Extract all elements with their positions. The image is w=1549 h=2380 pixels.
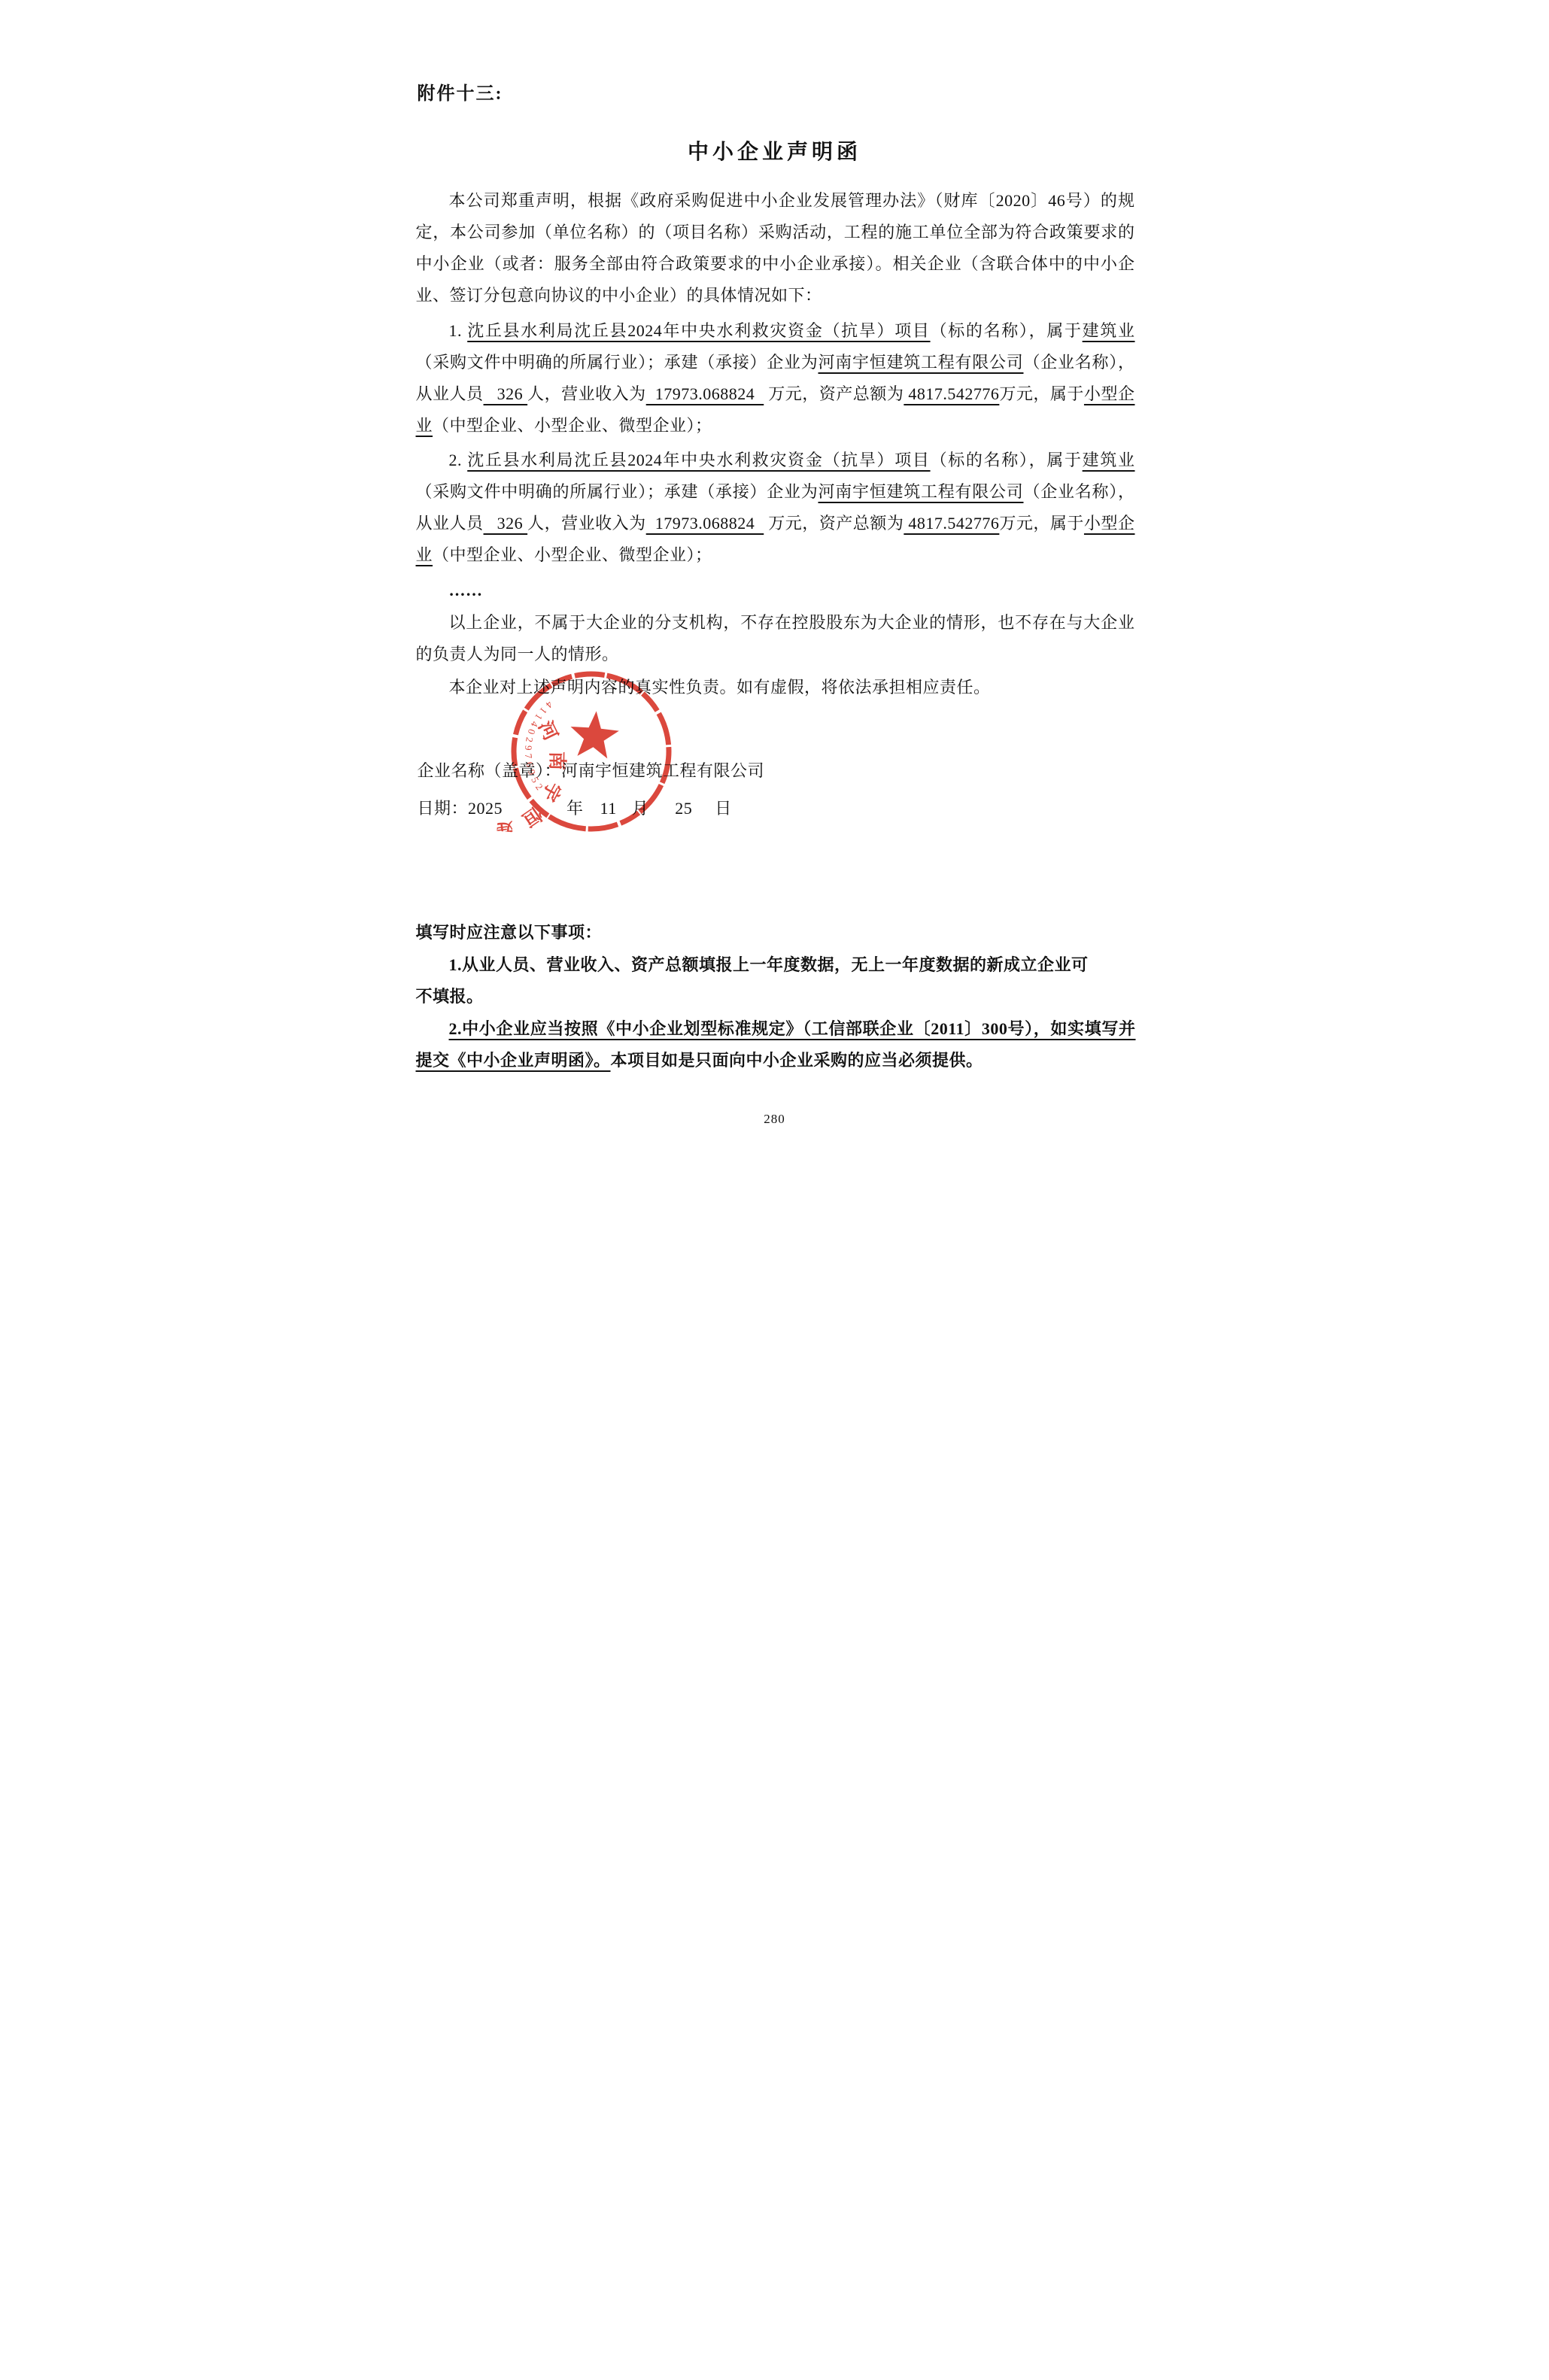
item2-text: （标的名称），属于 — [931, 451, 1083, 469]
item1-text: （采购文件中明确的所属行业）；承建（承接）企业为 — [416, 353, 819, 372]
notes-header: 填写时应注意以下事项： — [416, 917, 1136, 949]
item2-text: （采购文件中明确的所属行业）；承建（承接）企业为 — [416, 482, 819, 501]
note-1: 1.从业人员、营业收入、资产总额填报上一年度数据，无上一年度数据的新成立企业可不… — [416, 949, 1136, 1013]
declaration-item-1: 1. 沈丘县水利局沈丘县2024年中央水利救灾资金（抗旱）项目（标的名称），属于… — [416, 315, 1135, 442]
item1-text: （中型企业、小型企业、微型企业）； — [433, 416, 712, 435]
filling-notes: 填写时应注意以下事项： 1.从业人员、营业收入、资产总额填报上一年度数据，无上一… — [416, 917, 1136, 1077]
page-number: 280 — [387, 1112, 1162, 1127]
document-body: 本公司郑重声明，根据《政府采购促进中小企业发展管理办法》（财库〔2020〕46号… — [416, 185, 1135, 703]
company-seal: 河南宇恒建筑工程有限公司 411402976952 — [497, 657, 685, 845]
item1-industry: 建筑业 — [1083, 321, 1135, 340]
item2-industry: 建筑业 — [1083, 451, 1135, 469]
note1-line2: 不填报。 — [416, 987, 484, 1006]
item1-employees-value: 326 — [484, 384, 528, 403]
attachment-label: 附件十三: — [418, 78, 503, 105]
item1-assets-value: 4817.542776 — [904, 384, 999, 403]
note1-line1: 1.从业人员、营业收入、资产总额填报上一年度数据，无上一年度数据的新成立企业可 — [449, 955, 1089, 974]
item1-revenue-value: 17973.068824 — [646, 384, 764, 403]
note2-rest: 本项目如是只面向中小企业采购的应当必须提供。 — [611, 1051, 983, 1070]
seal-star-icon — [568, 709, 621, 760]
item1-text: 万元，属于 — [999, 384, 1084, 403]
intro-text: 本公司郑重声明，根据《政府采购促进中小企业发展管理办法》（财库〔2020〕46号… — [416, 191, 1135, 305]
item1-company-name: 河南宇恒建筑工程有限公司 — [818, 353, 1023, 372]
document-page: 附件十三: 中小企业声明函 本公司郑重声明，根据《政府采购促进中小企业发展管理办… — [387, 0, 1162, 1190]
item2-revenue-value: 17973.068824 — [646, 514, 764, 533]
item1-text: 万元，资产总额为 — [764, 384, 904, 403]
intro-paragraph: 本公司郑重声明，根据《政府采购促进中小企业发展管理办法》（财库〔2020〕46号… — [416, 185, 1135, 311]
page-title: 中小企业声明函 — [387, 135, 1162, 165]
item2-text: 万元，属于 — [999, 514, 1084, 533]
date-day: 25 — [675, 799, 692, 818]
item2-number: 2. — [449, 451, 468, 469]
item1-text: 人，营业收入为 — [527, 384, 646, 403]
declaration-item-2: 2. 沈丘县水利局沈丘县2024年中央水利救灾资金（抗旱）项目（标的名称），属于… — [416, 445, 1135, 571]
item1-number: 1. — [449, 321, 468, 340]
item1-text: （标的名称），属于 — [931, 321, 1083, 340]
item2-text: 万元，资产总额为 — [764, 514, 904, 533]
item2-project-name: 沈丘县水利局沈丘县2024年中央水利救灾资金（抗旱）项目 — [467, 451, 930, 469]
item2-company-name: 河南宇恒建筑工程有限公司 — [818, 482, 1023, 501]
item2-text: 人，营业收入为 — [527, 514, 646, 533]
item2-text: （中型企业、小型企业、微型企业）； — [433, 545, 712, 564]
item1-project-name: 沈丘县水利局沈丘县2024年中央水利救灾资金（抗旱）项目 — [467, 321, 930, 340]
date-day-unit: 日 — [715, 799, 732, 818]
item2-assets-value: 4817.542776 — [904, 514, 999, 533]
date-label: 日期： — [418, 799, 469, 818]
item2-employees-value: 326 — [484, 514, 528, 533]
note-2: 2.中小企业应当按照《中小企业划型标准规定》（工信部联企业〔2011〕300号）… — [416, 1013, 1136, 1077]
ellipsis-line: …… — [416, 575, 1135, 606]
